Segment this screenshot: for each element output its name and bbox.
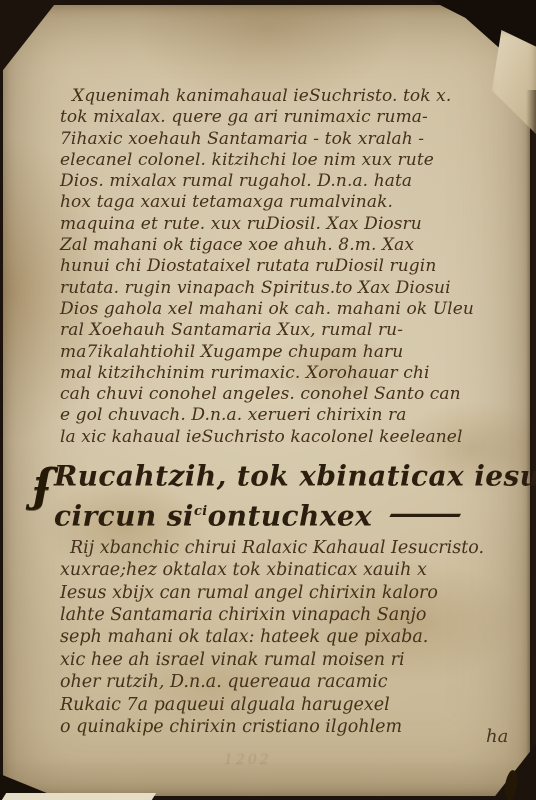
manuscript-line: tok mixalax. quere ga ari runimaxic ruma… [60, 107, 516, 128]
manuscript-line: oher rutzih, D.n.a. quereaua racamic [60, 671, 516, 693]
manuscript-line: rutata. rugin vinapach Spiritus.to Xax D… [60, 278, 516, 299]
manuscript-photo: Xquenimah kanimahaual ieSuchristo. tok x… [0, 0, 536, 800]
manuscript-text-block: Xquenimah kanimahaual ieSuchristo. tok x… [60, 86, 516, 738]
manuscript-line: Iesus xbijx can rumal angel chirixin kal… [60, 582, 516, 604]
manuscript-line: Xquenimah kanimahaual ieSuchristo. tok x… [60, 86, 516, 107]
heading-line2-superscript: ci [194, 504, 208, 519]
manuscript-line: Zal mahani ok tigace xoe ahuh. 8.m. Xax [60, 235, 516, 256]
faint-annotation: 1202 [224, 752, 272, 768]
catchword: ha [486, 726, 508, 747]
manuscript-line: xic hee ah israel vinak rumal moisen ri [60, 649, 516, 671]
paragraph-2: Rij xbanchic chirui Ralaxic Kahaual Iesu… [60, 537, 516, 739]
manuscript-line: la xic kahaual ieSuchristo kacolonel kee… [60, 427, 516, 448]
manuscript-line: cah chuvi conohel angeles. conohel Santo… [60, 384, 516, 405]
manuscript-line: Dios gahola xel mahani ok cah. mahani ok… [60, 299, 516, 320]
heading-flourish-dash: — [386, 496, 466, 532]
underlying-page-sliver [2, 793, 156, 800]
heading-line1: Rucahtzih, tok xbinaticax iesu [54, 459, 536, 492]
manuscript-line: xuxrae;hez oktalax tok xbinaticax xauih … [60, 559, 516, 581]
manuscript-line: hox taga xaxui tetamaxga rumalvinak. [60, 192, 516, 213]
manuscript-line: Rukaic 7a paqueui alguala harugexel [60, 694, 516, 716]
manuscript-line: elecanel colonel. kitzihchi loe nim xux … [60, 150, 516, 171]
manuscript-line: ral Xoehauh Santamaria Xux, rumal ru- [60, 320, 516, 341]
manuscript-line: 7ihaxic xoehauh Santamaria - tok xralah … [60, 129, 516, 150]
manuscript-line: hunui chi Diostataixel rutata ruDiosil r… [60, 256, 516, 277]
margin-pilcrow-mark: ʄ [33, 464, 52, 508]
manuscript-line: Dios. mixalax rumal rugahol. D.n.a. hata [60, 171, 516, 192]
manuscript-line: ma7ikalahtiohil Xugampe chupam haru [60, 342, 516, 363]
paragraph-1: Xquenimah kanimahaual ieSuchristo. tok x… [60, 86, 516, 448]
manuscript-line: mal kitzihchinim rurimaxic. Xorohauar ch… [60, 363, 516, 384]
section-heading: Rucahtzih, tok xbinaticax iesus circun s… [54, 454, 516, 535]
manuscript-line: Rij xbanchic chirui Ralaxic Kahaual Iesu… [60, 537, 516, 559]
manuscript-line: maquina et rute. xux ruDiosil. Xax Diosr… [60, 214, 516, 235]
heading-line2-post: ontuchxex [208, 500, 373, 533]
manuscript-line: lahte Santamaria chirixin vinapach Sanjo [60, 604, 516, 626]
heading-line2-pre: circun si [54, 500, 194, 533]
manuscript-line: o quinakipe chirixin cristiano ilgohlem [60, 716, 516, 738]
manuscript-line: e gol chuvach. D.n.a. xerueri chirixin r… [60, 405, 516, 426]
manuscript-line: seph mahani ok talax: hateek que pixaba. [60, 626, 516, 648]
page-edge-shadow [526, 90, 536, 790]
